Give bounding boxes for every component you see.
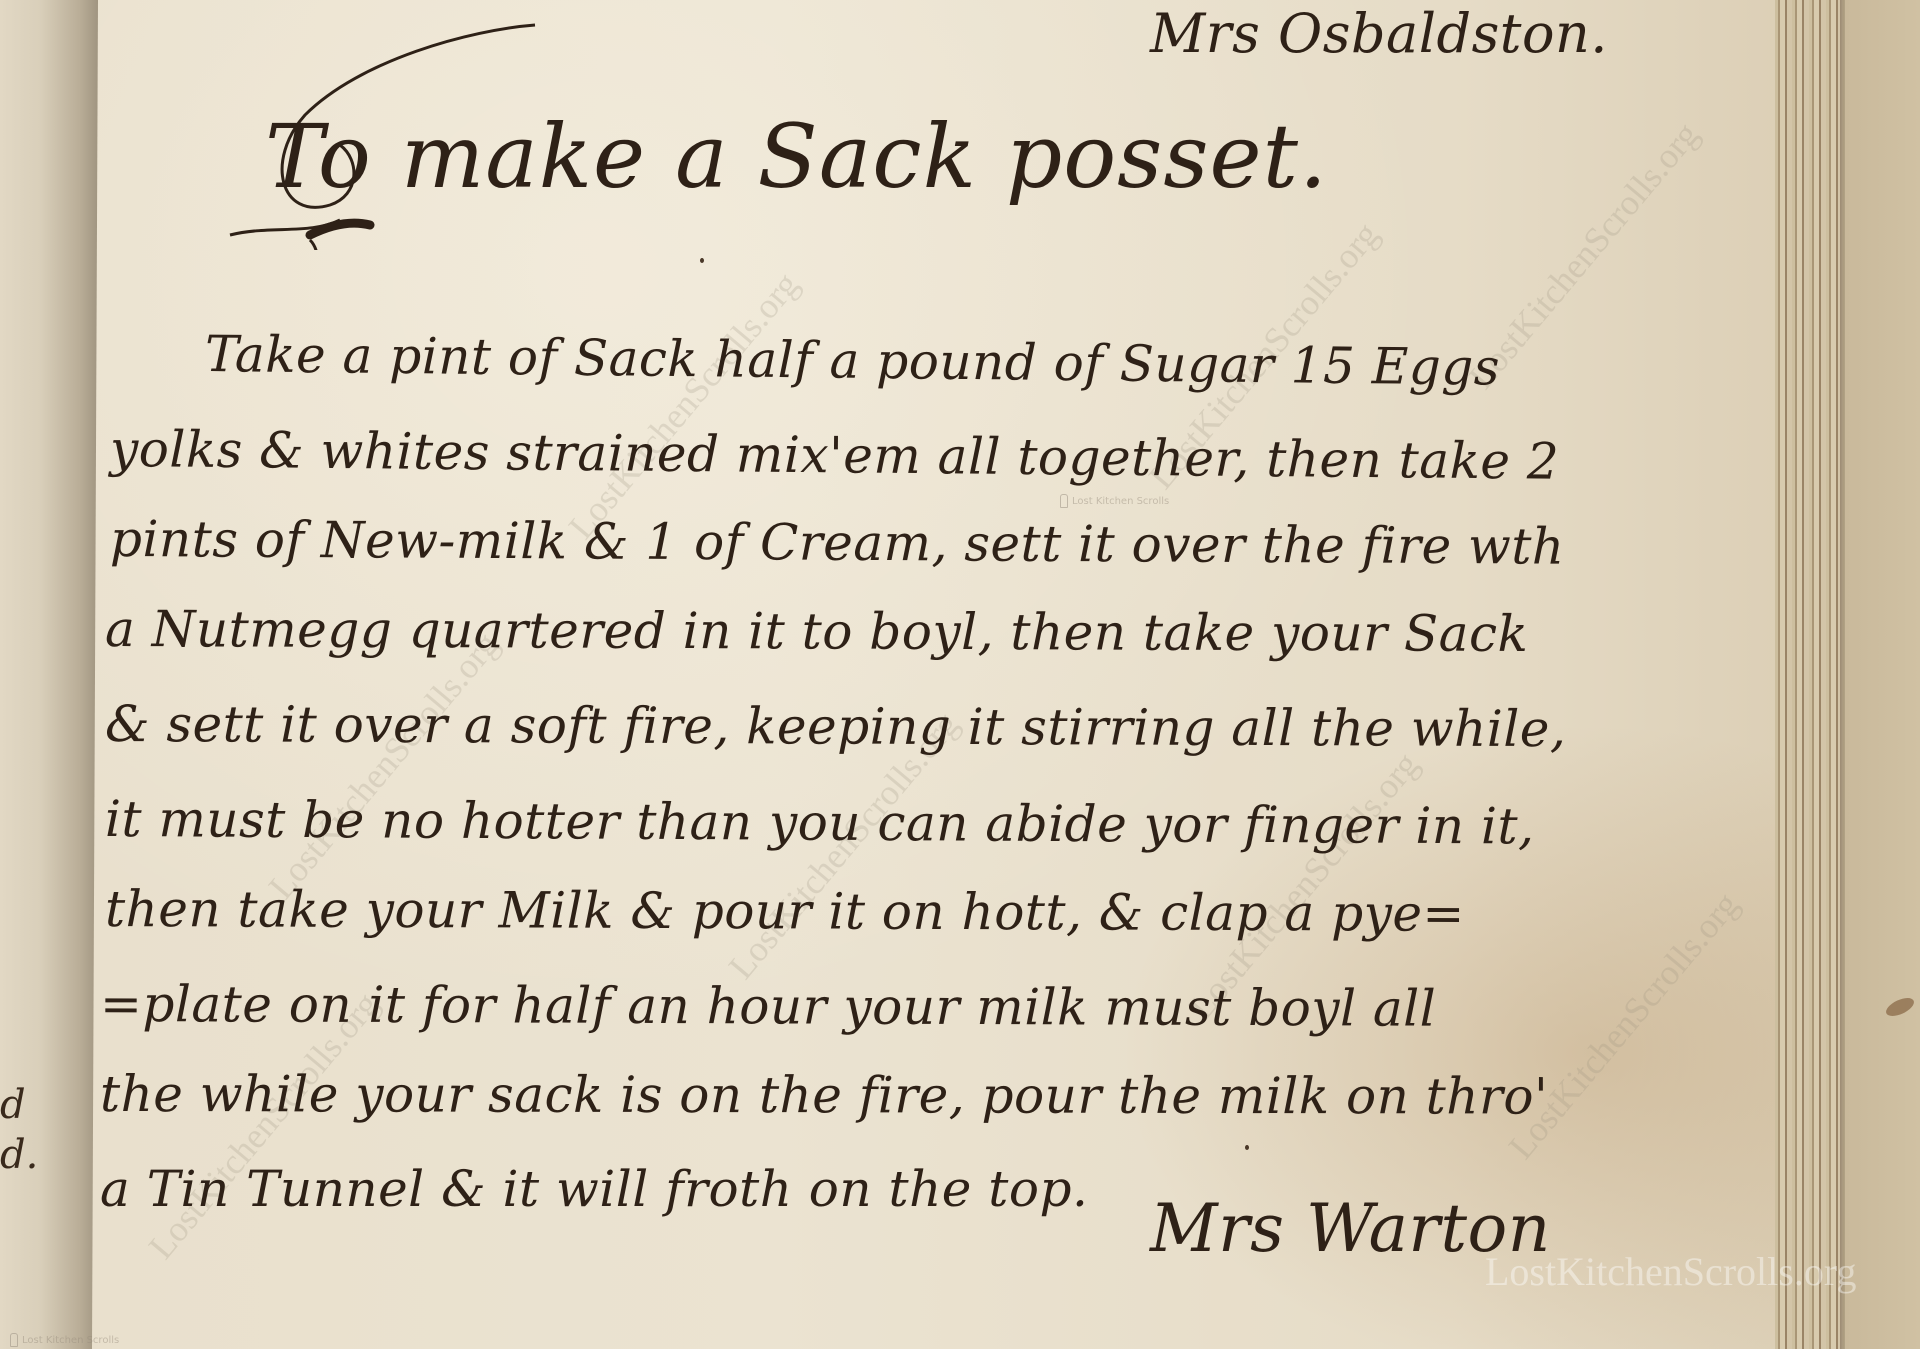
key-icon (1060, 494, 1068, 508)
recipe-line-10: a Tin Tunnel & it will froth on the top. (100, 1160, 1088, 1218)
recipe-signature: Mrs Warton (1150, 1190, 1551, 1267)
previous-recipe-attribution: Mrs Osbaldston. (1150, 2, 1608, 65)
watermark-logo: Lost Kitchen Scrolls (1060, 494, 1169, 508)
left-page-fragments: d d. (0, 1080, 30, 1180)
ink-speck (700, 258, 704, 263)
watermark-logo: Lost Kitchen Scrolls (10, 1333, 119, 1347)
recipe-line-5: & sett it over a soft fire, keeping it s… (105, 695, 1567, 758)
recipe-line-6: it must be no hotter than you can abide … (105, 790, 1535, 855)
key-icon (10, 1333, 18, 1347)
recipe-line-4: a Nutmegg quartered in it to boyl, then … (105, 600, 1529, 663)
back-cover (1845, 0, 1920, 1349)
manuscript-scan: d d. LostKitchenScrolls.org LostKitchenS… (0, 0, 1920, 1349)
recipe-title: To make a Sack posset. (265, 105, 1328, 208)
left-fragment: d. (0, 1130, 30, 1180)
watermark-logo-text: Lost Kitchen Scrolls (1072, 496, 1169, 507)
recipe-line-3: pints of New-milk & 1 of Cream, sett it … (110, 510, 1565, 576)
watermark-logo-text: Lost Kitchen Scrolls (22, 1335, 119, 1346)
left-fragment: d (0, 1080, 30, 1130)
ink-speck (1245, 1145, 1249, 1150)
recipe-line-7: then take your Milk & pour it on hott, &… (105, 880, 1465, 943)
recipe-line-9: the while your sack is on the fire, pour… (100, 1065, 1548, 1126)
recipe-line-8: =plate on it for half an hour your milk … (100, 975, 1436, 1038)
page-edges-stack (1775, 0, 1845, 1349)
